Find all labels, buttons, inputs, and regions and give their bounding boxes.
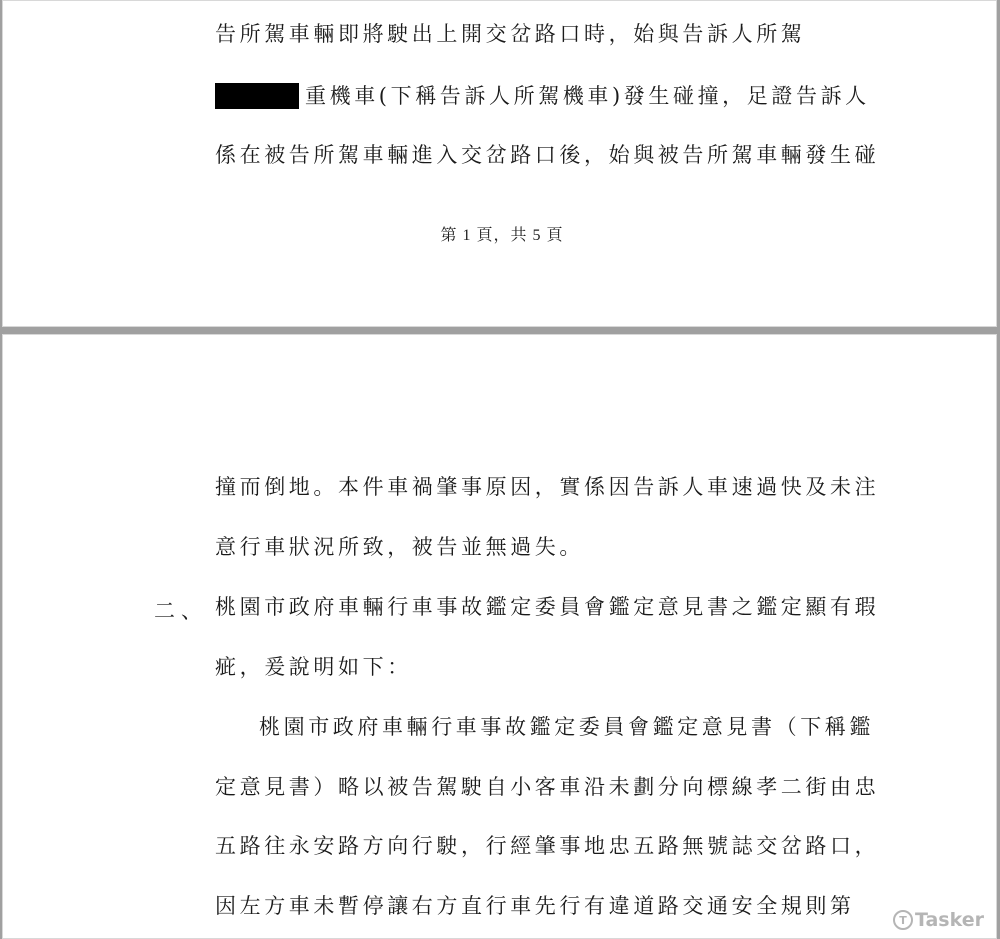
text-line: 告所駕車輛即將駛出上開交岔路口時，始與告訴人所駕 [215,22,805,46]
section-heading: 疵，爰說明如下： [215,655,412,679]
redaction-block [215,83,299,109]
document-viewer[interactable]: 告所駕車輛即將駛出上開交岔路口時，始與告訴人所駕 重機車(下稱告訴人所駕機車)發… [0,0,1000,939]
page-footer: 第 1 頁，共 5 頁 [2,222,1000,245]
paragraph-line: 五路往永安路方向行駛，行經肇事地忠五路無號誌交岔路口， [215,834,879,858]
watermark-text: Tasker [915,909,984,931]
page-2: 撞而倒地。本件車禍肇事原因，實係因告訴人車速過快及未注 意行車狀況所致，被告並無… [2,334,997,939]
text-line: 撞而倒地。本件車禍肇事原因，實係因告訴人車速過快及未注 [215,475,879,499]
paragraph-line: 桃園市政府車輛行車事故鑑定委員會鑑定意見書（下稱鑑 [259,715,874,739]
tasker-logo-icon: T [893,910,913,930]
text-line: 重機車(下稱告訴人所駕機車)發生碰撞，足證告訴人 [215,84,870,109]
section-number: 二、 [154,595,208,625]
paragraph-line: 定意見書）略以被告駕駛自小客車沿未劃分向標線孝二街由忠 [215,775,879,799]
text-line: 係在被告所駕車輛進入交岔路口後，始與被告所駕車輛發生碰 [215,143,879,167]
text-line-content: 重機車(下稱告訴人所駕機車)發生碰撞，足證告訴人 [305,84,870,108]
text-line: 意行車狀況所致，被告並無過失。 [215,535,584,559]
page-1: 告所駕車輛即將駛出上開交岔路口時，始與告訴人所駕 重機車(下稱告訴人所駕機車)發… [2,0,997,327]
paragraph-line: 因左方車未暫停讓右方直行車先行有違道路交通安全規則第 [215,894,855,918]
section-heading: 桃園市政府車輛行車事故鑑定委員會鑑定意見書之鑑定顯有瑕 [215,595,879,619]
watermark: T Tasker [893,909,984,931]
